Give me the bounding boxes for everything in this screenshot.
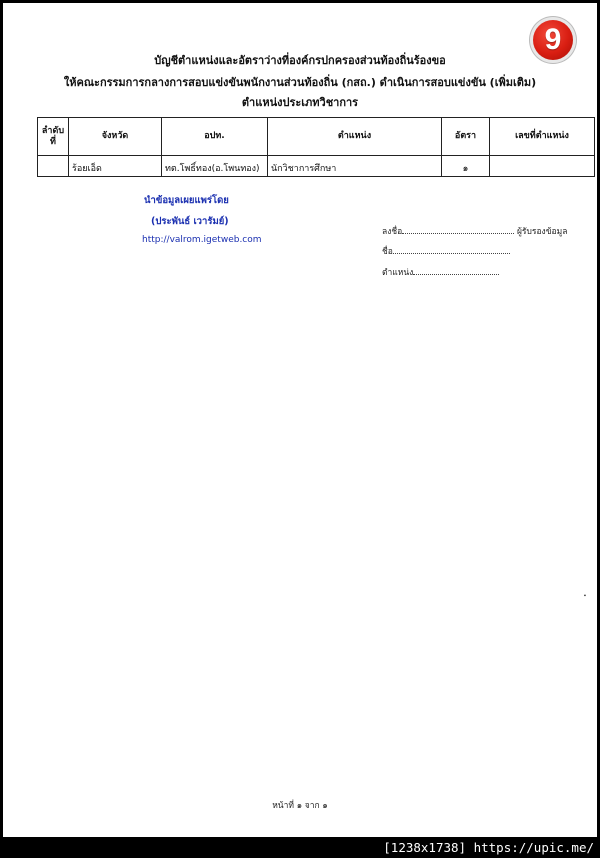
cell-position-no	[490, 156, 595, 177]
signature-label: ลงชื่อ	[382, 227, 402, 237]
header-position-no: เลขที่ตำแหน่ง	[490, 118, 595, 156]
source-credit-line: นำข้อมูลเผยแพร่โดย	[144, 193, 229, 208]
name-dotted-field	[393, 244, 510, 254]
table-header-row: ลำดับที่ จังหวัด อปท. ตำแหน่ง อัตรา เลขท…	[38, 118, 595, 156]
stray-mark: ་	[584, 589, 586, 614]
header-rate: อัตรา	[442, 118, 490, 156]
name-label: ชื่อ	[382, 247, 393, 257]
cell-org: ทต.โพธิ์ทอง(อ.โพนทอง)	[162, 156, 268, 177]
source-url-link[interactable]: http://valrom.igetweb.com	[142, 235, 262, 245]
name-line: ชื่อ	[382, 244, 510, 258]
source-author: (ประพันธ์ เวารัมย์)	[151, 214, 229, 229]
header-seq-label: ลำดับที่	[42, 126, 64, 147]
positions-table: ลำดับที่ จังหวัด อปท. ตำแหน่ง อัตรา เลขท…	[37, 117, 595, 177]
signature-line: ลงชื่อ ผู้รับรองข้อมูล	[382, 224, 567, 238]
title-dotted-field	[413, 265, 499, 275]
table-row: ร้อยเอ็ด ทต.โพธิ์ทอง(อ.โพนทอง) นักวิชากา…	[38, 156, 595, 177]
header-org: อปท.	[162, 118, 268, 156]
signature-dotted-field	[402, 224, 514, 234]
document-page: 9 บัญชีตำแหน่งและอัตราว่างที่องค์กรปกครอ…	[3, 3, 597, 837]
cell-seq	[38, 156, 69, 177]
header-position: ตำแหน่ง	[268, 118, 442, 156]
cell-rate: ๑	[442, 156, 490, 177]
title-label: ตำแหน่ง	[382, 268, 413, 278]
document-title-line-3: ตำแหน่งประเภทวิชาการ	[3, 96, 597, 110]
header-province: จังหวัด	[69, 118, 162, 156]
title-line: ตำแหน่ง	[382, 265, 499, 279]
page-number: หน้าที่ ๑ จาก ๑	[3, 798, 597, 812]
cell-province: ร้อยเอ็ด	[69, 156, 162, 177]
document-title-line-1: บัญชีตำแหน่งและอัตราว่างที่องค์กรปกครองส…	[3, 54, 597, 68]
document-title-line-2: ให้คณะกรรมการกลางการสอบแข่งขันพนักงานส่ว…	[3, 76, 597, 90]
cell-position: นักวิชาการศึกษา	[268, 156, 442, 177]
image-host-watermark: [1238x1738] https://upic.me/	[377, 838, 600, 858]
signature-role: ผู้รับรองข้อมูล	[517, 227, 568, 237]
header-seq: ลำดับที่	[38, 118, 69, 156]
